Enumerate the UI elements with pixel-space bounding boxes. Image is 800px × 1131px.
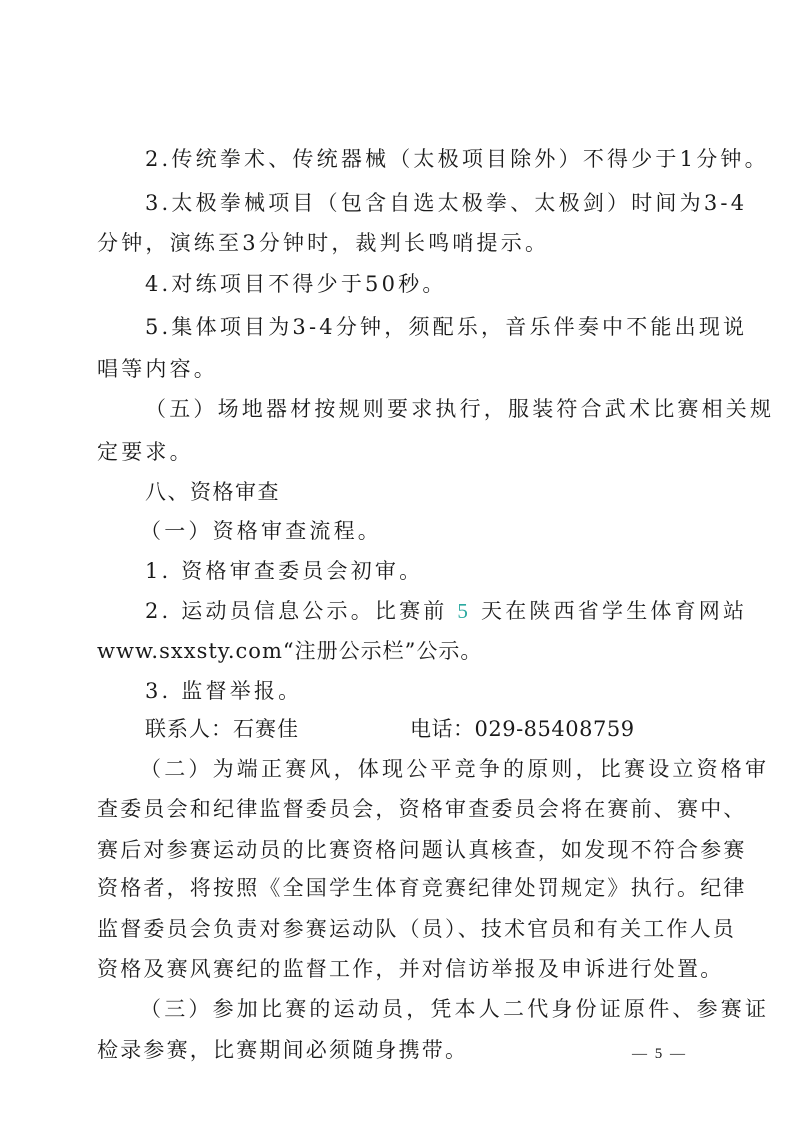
subsection-2-line-3: 赛后对参赛运动员的比赛资格问题认真核查，如发现不符合参赛 <box>97 836 747 864</box>
venue-clause: （五）场地器材按规则要求执行，服装符合武术比赛相关规 <box>145 395 774 423</box>
review-item-2: 2. 运动员信息公示。比赛前 5 天在陕西省学生体育网站 <box>145 597 747 625</box>
review-item-2-suffix: 天在陕西省学生体育网站 <box>481 599 747 623</box>
rule-item-2: 2.传统拳术、传统器械（太极项目除外）不得少于1分钟。 <box>145 145 769 173</box>
subsection-2-line-2: 查委员会和纪律监督委员会，资格审查委员会将在赛前、赛中、 <box>97 795 747 823</box>
contact-person: 联系人：石赛佳 <box>145 715 299 743</box>
rule-item-3: 3.太极拳械项目（包含自选太极拳、太极剑）时间为3-4 <box>145 189 747 217</box>
review-item-3: 3. 监督举报。 <box>145 677 302 705</box>
subsection-2-line-4: 资格者，将按照《全国学生体育竞赛纪律处罚规定》执行。纪律 <box>97 874 747 902</box>
subsection-1-title: （一）资格审查流程。 <box>140 517 382 545</box>
rule-item-3-cont: 分钟，演练至3分钟时，裁判长鸣哨提示。 <box>97 229 549 257</box>
review-item-2-prefix: 2. 运动员信息公示。比赛前 <box>145 599 448 623</box>
subsection-2-line-5: 监督委员会负责对参赛运动队（员）、技术官员和有关工作人员 <box>97 915 736 943</box>
contact-phone: 电话：029-85408759 <box>410 715 635 743</box>
rule-item-5: 5.集体项目为3-4分钟，须配乐，音乐伴奏中不能出现说 <box>145 313 747 341</box>
review-item-1: 1. 资格审查委员会初审。 <box>145 557 423 585</box>
section-heading: 八、资格审查 <box>145 478 280 506</box>
venue-clause-cont: 定要求。 <box>97 438 194 466</box>
subsection-2-line-1: （二）为端正赛风，体现公平竞争的原则，比赛设立资格审 <box>140 755 769 783</box>
subsection-3-line-1: （三）参加比赛的运动员，凭本人二代身份证原件、参赛证 <box>140 995 769 1023</box>
rule-item-5-cont: 唱等内容。 <box>97 355 218 383</box>
website-link[interactable]: www.sxxsty.com“注册公示栏”公示。 <box>97 637 482 665</box>
subsection-3-line-2: 检录参赛，比赛期间必须随身携带。 <box>97 1036 468 1064</box>
rule-item-4: 4.对练项目不得少于50秒。 <box>145 270 447 298</box>
highlighted-days: 5 <box>457 599 471 623</box>
page-number: — 5 — <box>632 1046 687 1063</box>
subsection-2-line-6: 资格及赛风赛纪的监督工作，并对信访举报及申诉进行处置。 <box>97 955 723 983</box>
